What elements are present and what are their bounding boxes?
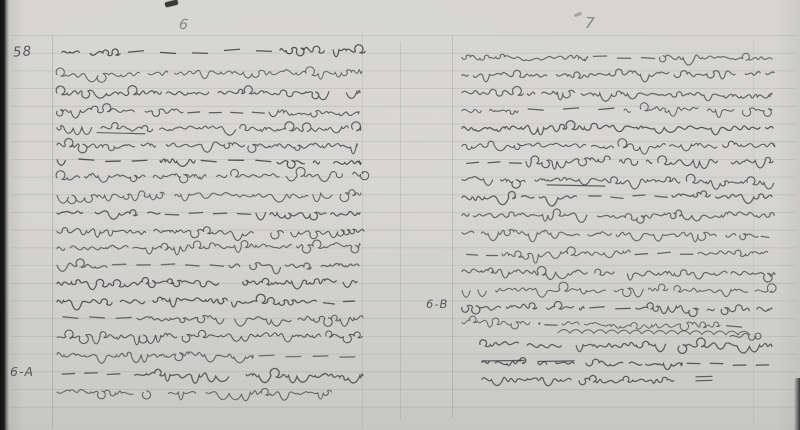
handwritten-line (462, 266, 775, 282)
handwritten-line (62, 367, 363, 384)
handwritten-line (482, 357, 769, 370)
handwritten-line (57, 190, 361, 204)
handwritten-line (480, 337, 772, 353)
page-number-right: 7 (584, 14, 595, 33)
handwritten-line (57, 226, 364, 241)
handwritten-line (467, 155, 773, 170)
scan-edge-bottom-right (794, 378, 800, 430)
handwritten-line (462, 191, 772, 206)
margin-guides (53, 30, 754, 428)
margin-mark-6B: 6-B (426, 297, 448, 311)
handwritten-line (62, 45, 365, 60)
manuscript-handwriting-layer (0, 0, 800, 430)
scanned-manuscript: 6 7 58 6-A 6-B (0, 0, 800, 430)
handwritten-line (57, 294, 355, 311)
handwritten-line (462, 301, 772, 318)
handwritten-line (56, 86, 360, 100)
handwritten-line (56, 167, 369, 184)
handwritten-line (57, 209, 360, 220)
handwritten-line (56, 66, 362, 83)
handwritten-line (57, 103, 359, 120)
handwritten-line (462, 120, 773, 136)
handwritten-line (462, 282, 776, 298)
handwritten-line (57, 388, 332, 401)
handwritten-line (466, 246, 767, 264)
handwritten-line (462, 173, 774, 189)
handwritten-line (482, 375, 712, 386)
margin-mark-58: 58 (12, 43, 32, 60)
scan-edge-left (0, 0, 9, 430)
handwritten-line (57, 351, 355, 365)
handwritten-line (462, 208, 774, 223)
handwritten-line (462, 53, 772, 66)
handwritten-line (57, 259, 359, 274)
handwritten-line (462, 103, 772, 118)
handwritten-line (462, 68, 774, 84)
page-number-left: 6 (178, 17, 189, 34)
handwritten-line (57, 121, 361, 136)
handwritten-line (63, 314, 363, 326)
handwritten-line (462, 139, 775, 154)
margin-mark-6A: 6-A (10, 364, 34, 379)
handwritten-line (462, 229, 769, 244)
handwritten-line (57, 138, 357, 155)
